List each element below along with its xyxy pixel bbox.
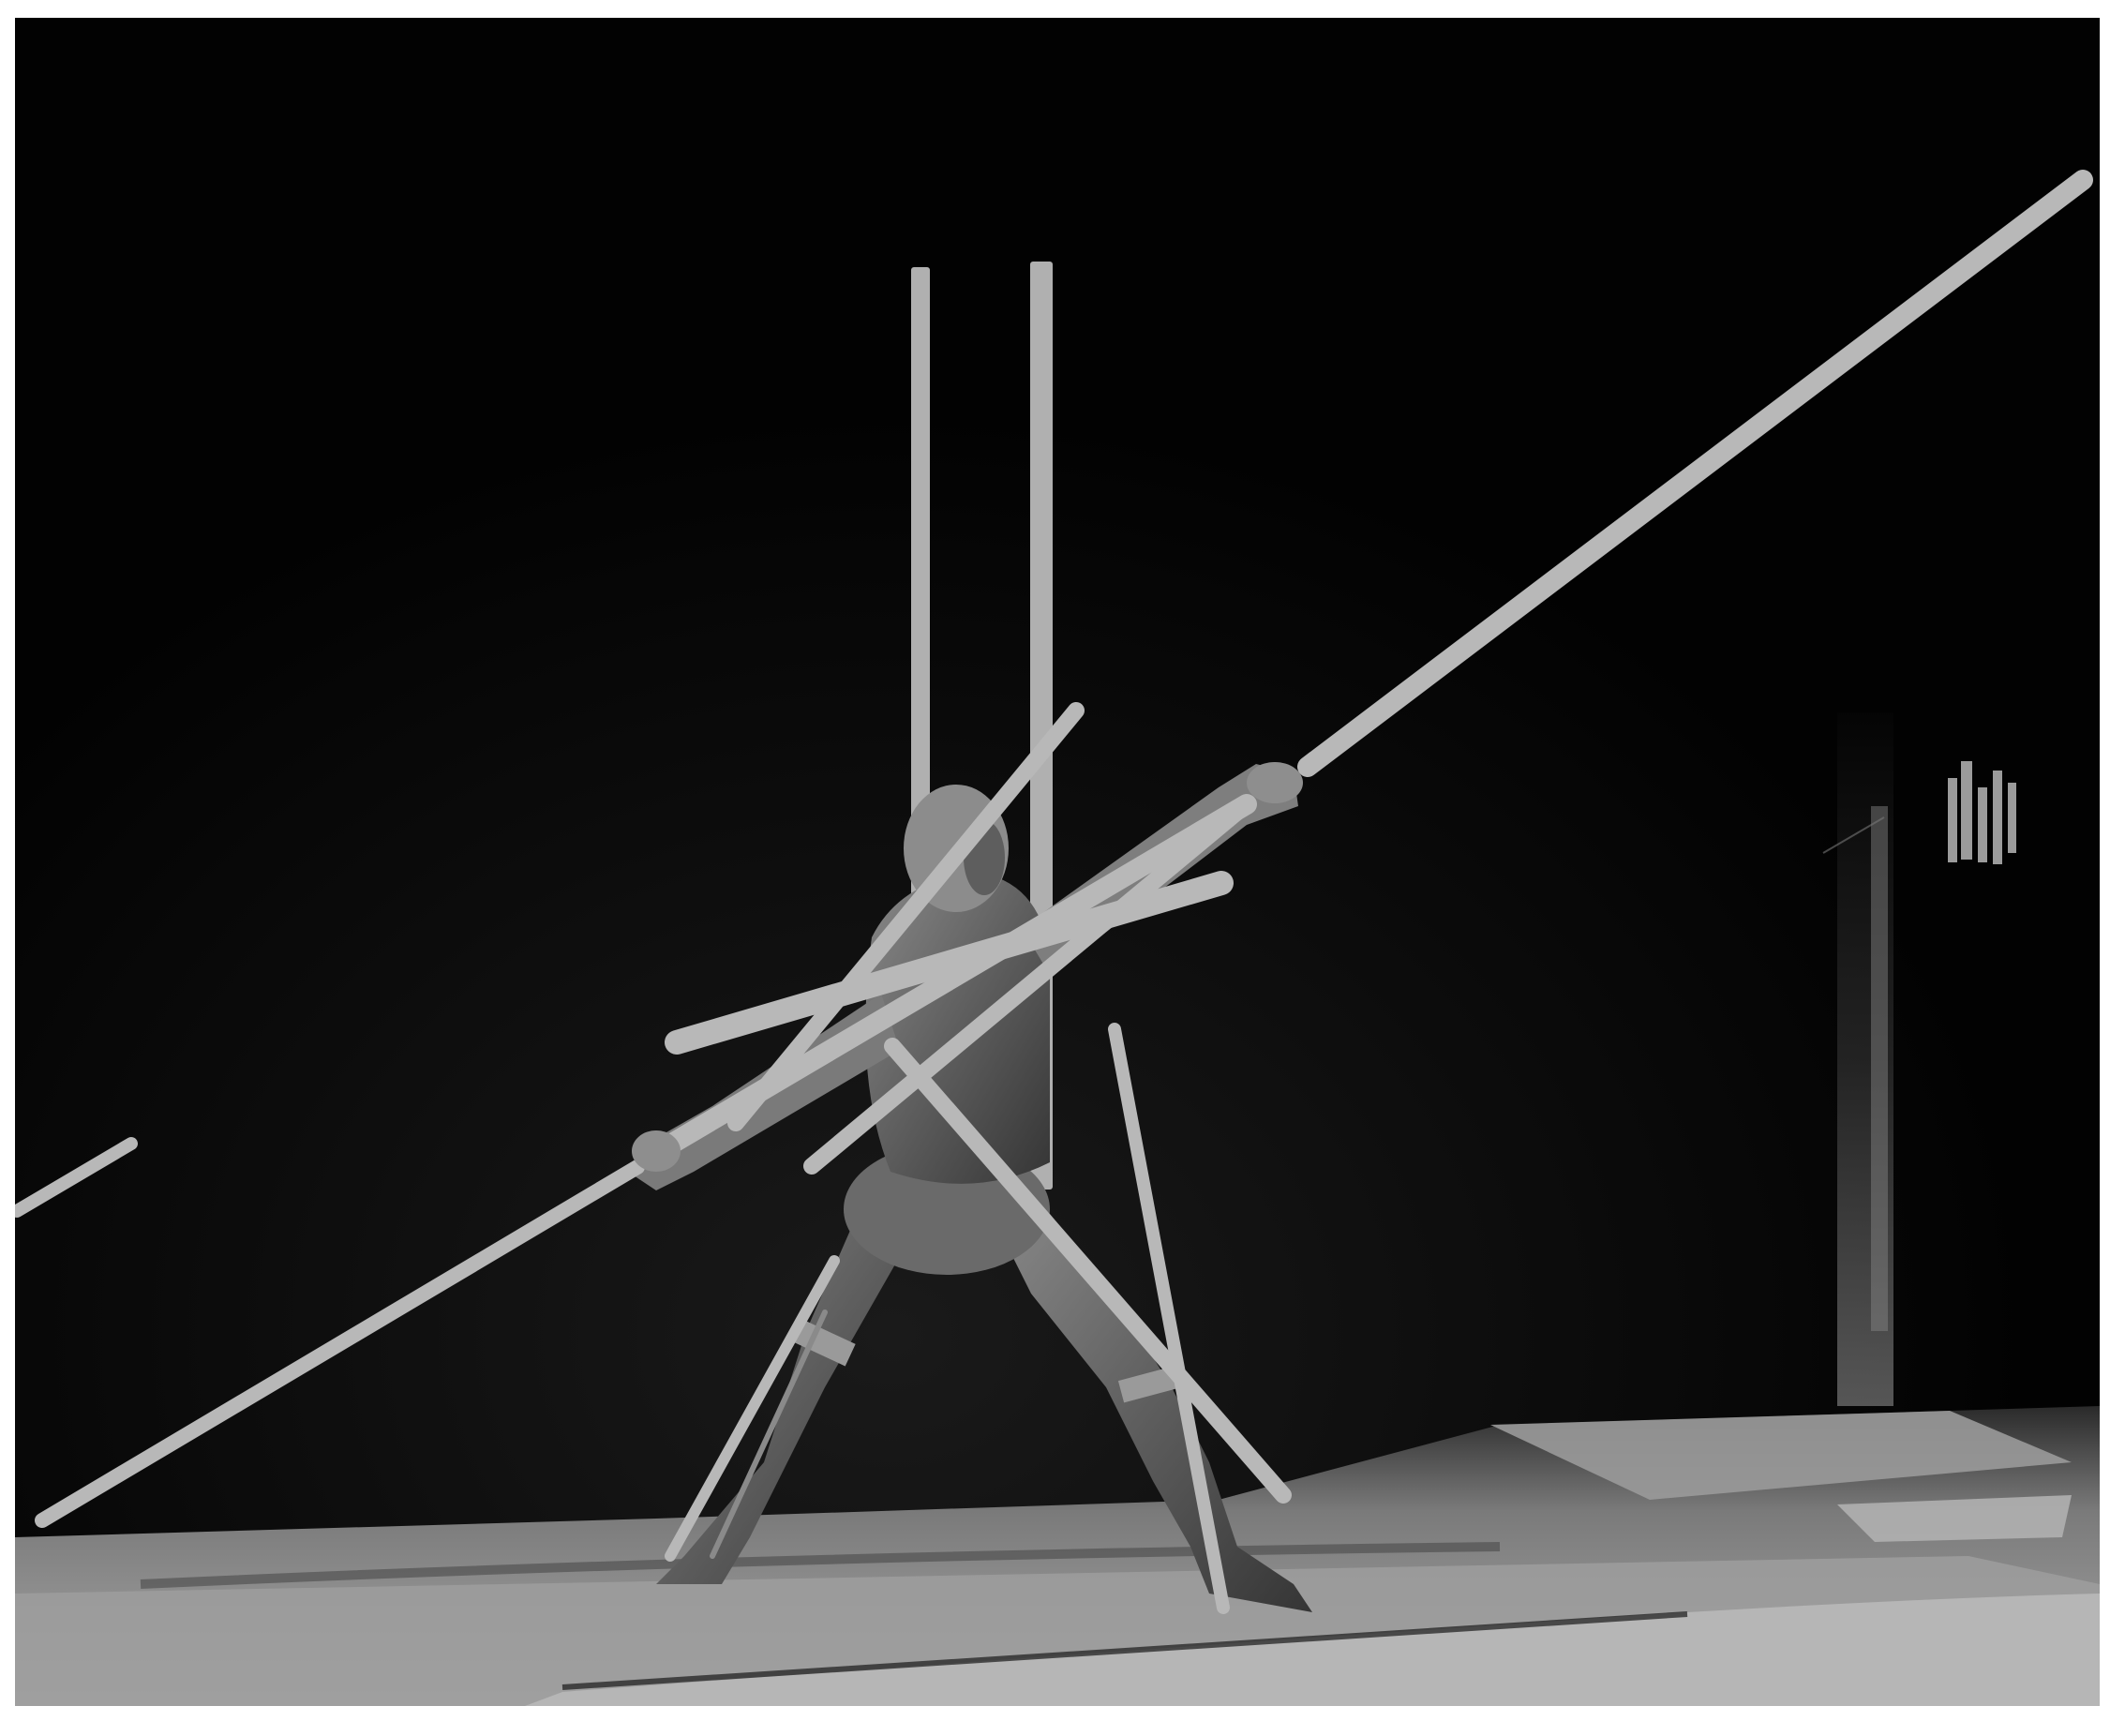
left-hand xyxy=(632,1130,681,1172)
right-hand xyxy=(1247,762,1303,803)
photograph xyxy=(0,0,2125,1736)
